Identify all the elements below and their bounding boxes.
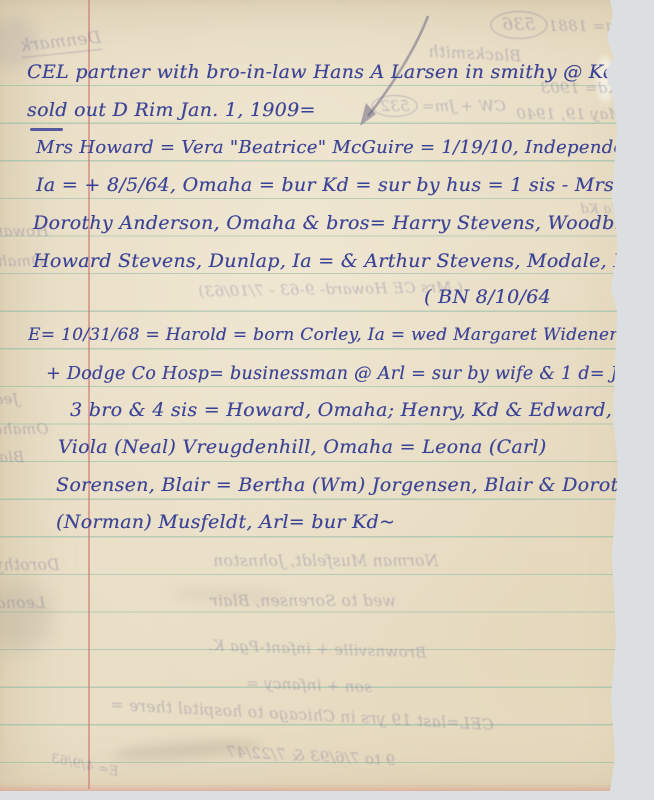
handwritten-line-9: + Dodge Co Hosp= businessman @ Arl = sur… (46, 362, 654, 384)
handwritten-line-7-citation: ( BN 8/10/64 (424, 286, 551, 308)
handwritten-line-11: Viola (Neal) Vreugdenhill, Omaha = Leona… (58, 436, 546, 458)
ghost-text-norman: Norman Musfeldt, Johnston (213, 552, 438, 570)
handwritten-line-4: Ia = + 8/5/64, Omaha = bur Kd = sur by h… (36, 174, 614, 196)
scanned-page: { "document": { "kind": "Scanned handwri… (0, 0, 654, 800)
handwritten-line-8: E= 10/31/68 = Harold = born Corley, Ia =… (28, 325, 654, 345)
notebook-paper: Denmark Blacksmith 536 CEL to Harlan, Ia… (0, 0, 654, 800)
ghost-page-number-536: 536 (490, 11, 547, 39)
ghost-text-1940: May 19, 1940 (516, 105, 624, 123)
ghost-circled-536: 536 (490, 11, 547, 39)
handwritten-line-5: Dorothy Anderson, Omaha & bros= Harry St… (33, 212, 654, 234)
handwritten-line-1: CEL partner with bro-in-law Hans A Larse… (27, 61, 622, 83)
handwritten-line-10: 3 bro & 4 sis = Howard, Omaha; Henry, Kd… (70, 399, 654, 421)
paper-bottom-edge (0, 783, 611, 791)
ghost-circled-532: 532 (372, 95, 418, 117)
handwritten-line-13: (Norman) Musfeldt, Arl= bur Kd~ (56, 511, 395, 533)
ghost-text-dorothy: Dorothy (0, 556, 60, 574)
line-9-text: + Dodge Co Hosp= businessman @ Arl = sur… (46, 364, 651, 384)
ghost-text-leona: Leona (0, 594, 46, 612)
handwritten-line-2: sold out D Rim Jan. 1, 1909= (27, 99, 316, 121)
ghost-text-1881: CEL to Harlan, Ia= 1881 (548, 17, 654, 35)
ghost-fragment: Jean (0, 390, 19, 408)
ghost-text-sorensen: wed to Sorensen, Blair (210, 592, 396, 610)
handwritten-line-12: Sorensen, Blair = Bertha (Wm) Jorgensen,… (56, 474, 642, 496)
ghost-text-cw-jm: CW + Jm= 532 (372, 95, 506, 117)
ghost-fragment: Blair (0, 448, 24, 466)
handwritten-line-3: Mrs Howard = Vera "Beatrice" McGuire = 1… (36, 137, 654, 158)
ghost-cwjm-label: CW + Jm= (422, 97, 506, 115)
handwritten-line-6: Howard Stevens, Dunlap, Ia = & Arthur St… (33, 250, 633, 272)
ghost-fragment: Omaha, (0, 420, 49, 438)
ink-underline (30, 128, 63, 131)
